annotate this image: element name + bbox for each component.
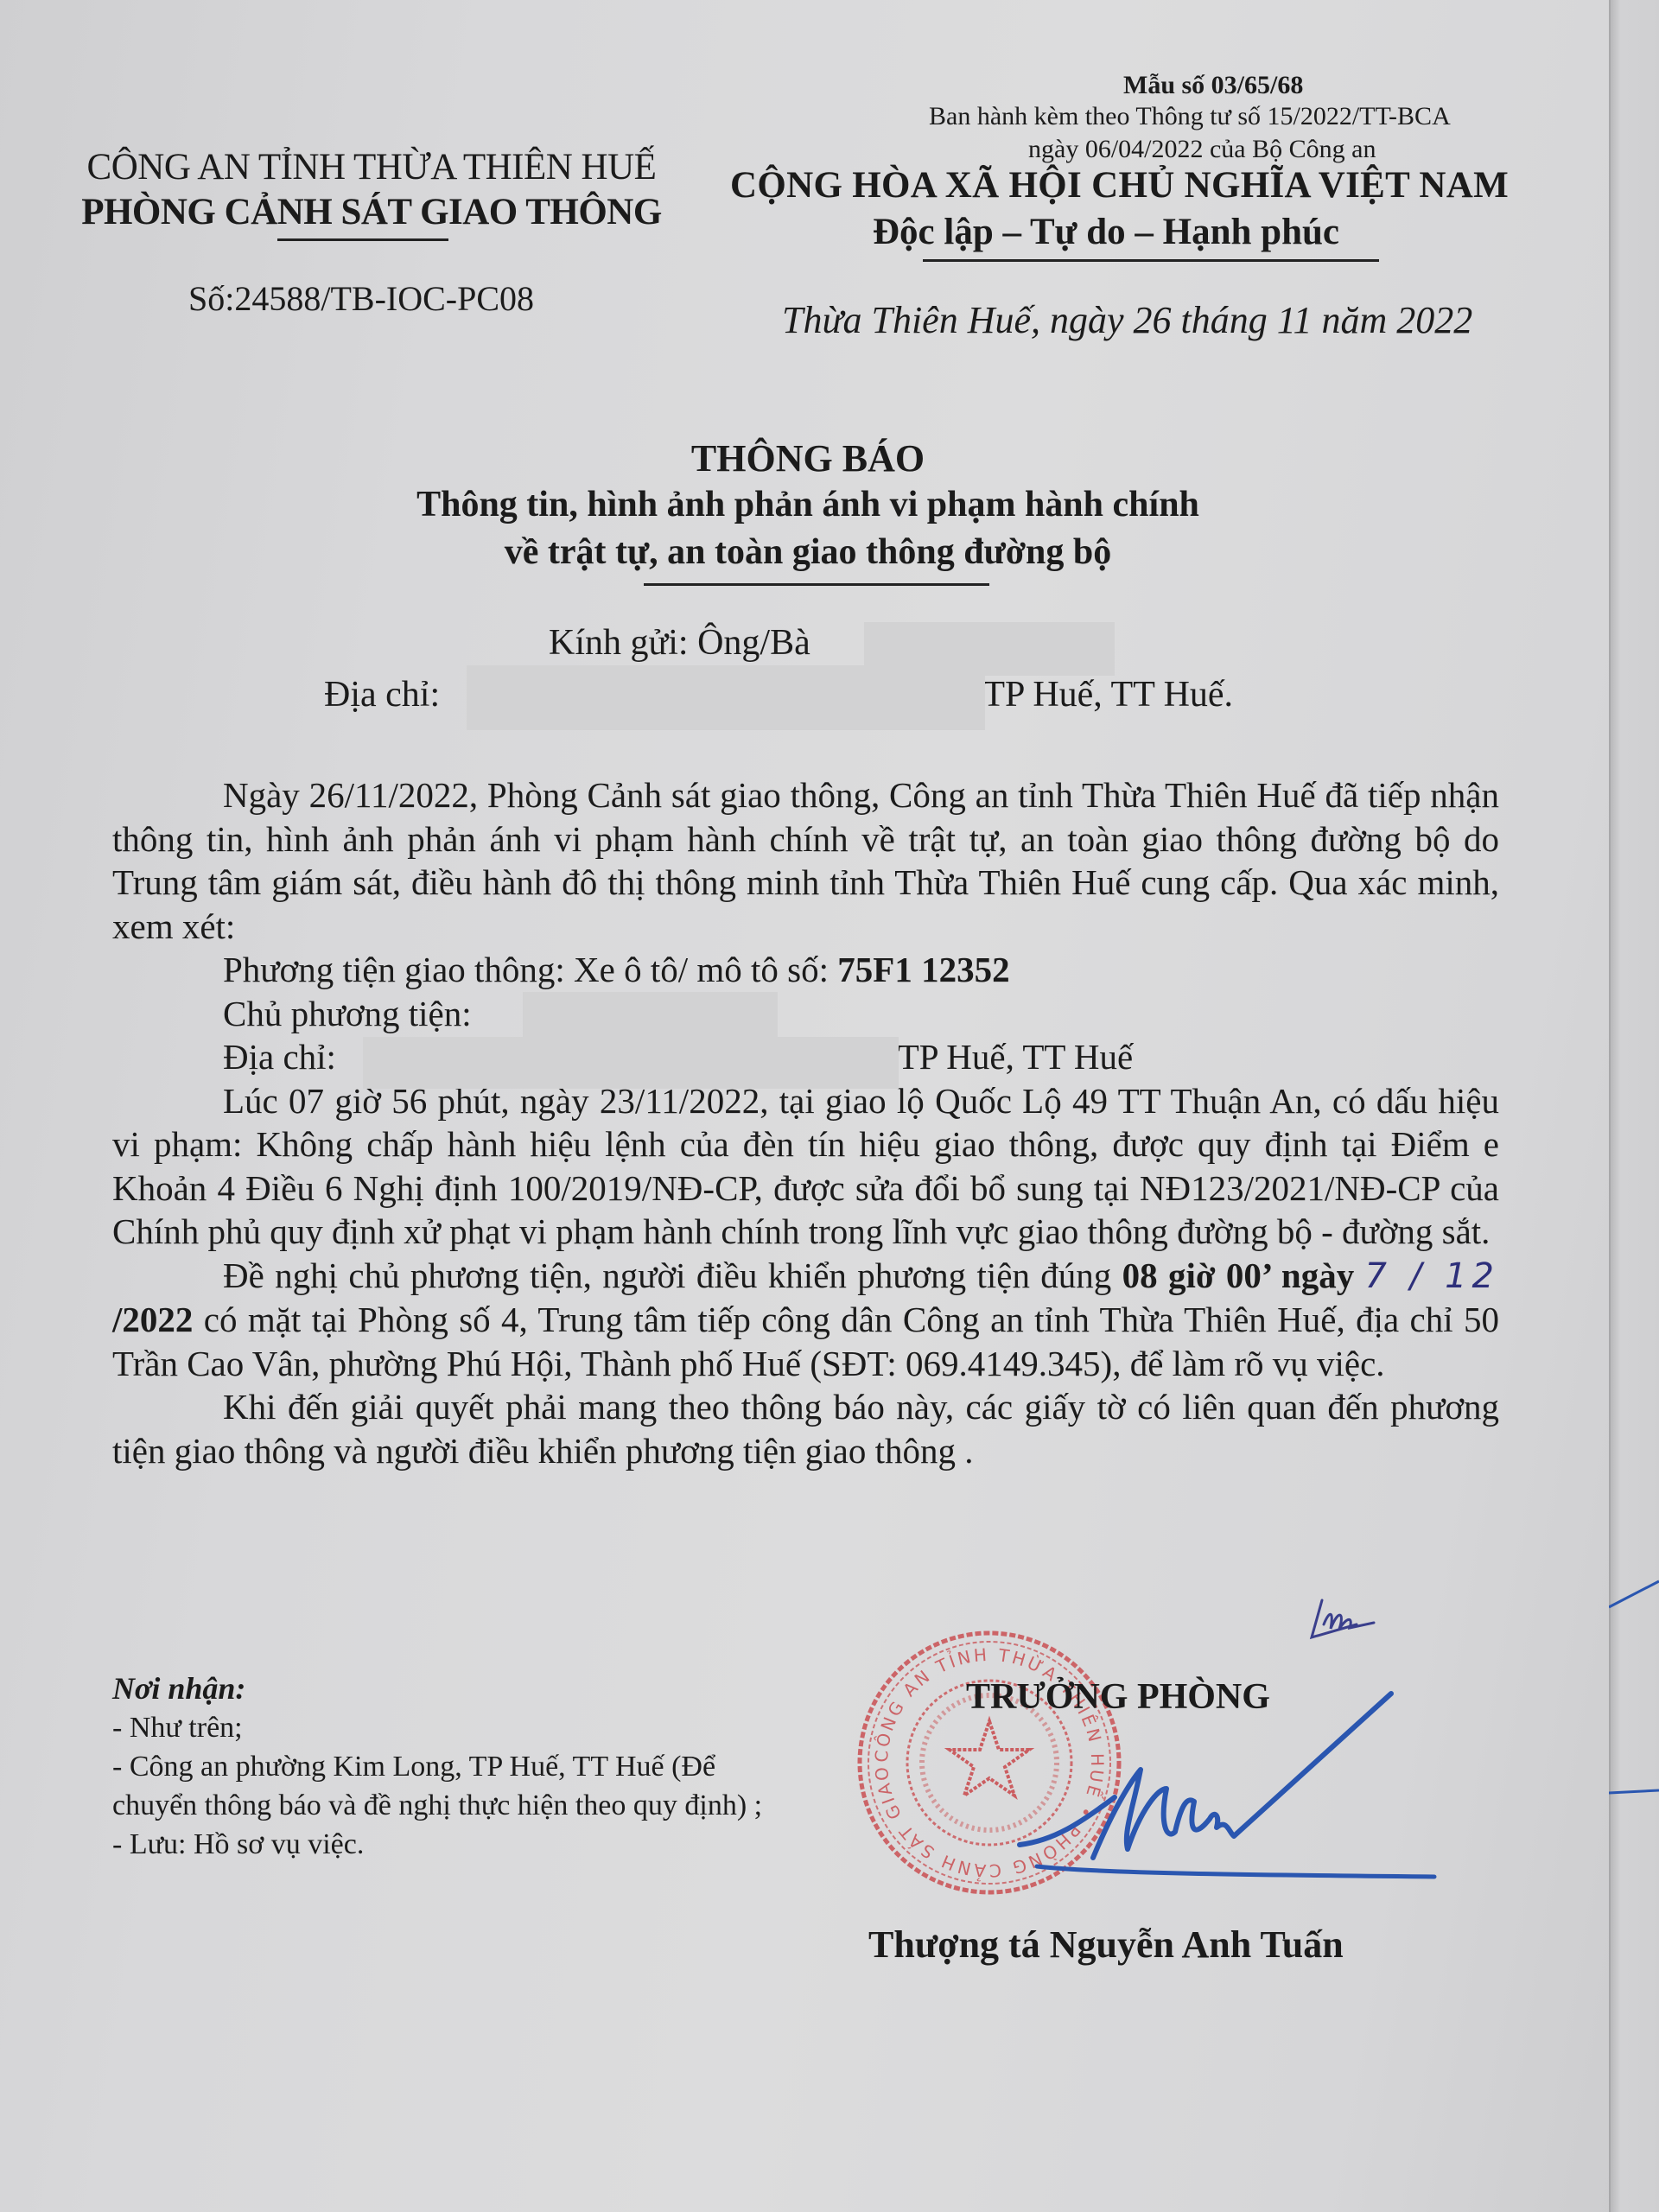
national-title: CỘNG HÒA XÃ HỘI CHỦ NGHĨA VIỆT NAM [730, 164, 1509, 207]
redacted-owner-address [363, 1037, 899, 1089]
owner-label: Chủ phương tiện: [223, 994, 472, 1033]
recipient-item: - Như trên; [112, 1708, 769, 1747]
redacted-owner-name [523, 992, 778, 1042]
request-time: 08 giờ 00’ ngày [1122, 1255, 1365, 1295]
document-title: THÔNG BÁO [0, 436, 1616, 480]
document-subtitle-line-2: về trật tự, an toàn giao thông đường bộ [0, 531, 1616, 573]
place-and-date: Thừa Thiên Huế, ngày 26 tháng 11 năm 202… [782, 298, 1472, 342]
recipients-list: Nơi nhận: - Như trên; - Công an phường K… [112, 1669, 769, 1864]
request-paragraph: Đề nghị chủ phương tiện, người điều khiể… [112, 1254, 1499, 1386]
recipient-address-label: Địa chỉ: [324, 675, 440, 715]
recipient-item: - Lưu: Hồ sơ vụ việc. [112, 1825, 769, 1864]
department-underline [277, 238, 448, 241]
national-motto: Độc lập – Tự do – Hạnh phúc [873, 211, 1339, 253]
recipient-salutation: Kính gửi: Ông/Bà [549, 622, 810, 664]
issued-by-line-2: ngày 06/04/2022 của Bộ Công an [1028, 135, 1376, 164]
handwritten-signature [907, 1659, 1581, 1935]
owner-address-suffix: , TP Huế, TT Huế [880, 1037, 1133, 1077]
department-name: PHÒNG CẢNH SÁT GIAO THÔNG [52, 190, 691, 235]
next-page-edge [1609, 0, 1659, 2212]
form-number: Mẫu số 03/65/68 [1123, 71, 1303, 100]
recipient-address-suffix: , TP Huế, TT Huế. [965, 675, 1233, 715]
recipients-title: Nơi nhận: [112, 1669, 769, 1708]
agency-name: CÔNG AN TỈNH THỪA THIÊN HUẾ [52, 145, 691, 190]
initials-mark [1305, 1590, 1408, 1650]
violation-paragraph: Lúc 07 giờ 56 phút, ngày 23/11/2022, tại… [112, 1079, 1499, 1254]
request-prefix: Đề nghị chủ phương tiện, người điều khiể… [223, 1255, 1122, 1295]
intro-paragraph: Ngày 26/11/2022, Phòng Cảnh sát giao thô… [112, 773, 1499, 948]
issuing-agency-block: CÔNG AN TỈNH THỪA THIÊN HUẾ PHÒNG CẢNH S… [52, 145, 691, 241]
redacted-recipient-address [467, 665, 985, 730]
owner-address-label: Địa chỉ: [223, 1037, 336, 1077]
request-suffix: có mặt tại Phòng số 4, Trung tâm tiếp cô… [112, 1300, 1499, 1383]
vehicle-plate: 75F1 12352 [837, 950, 1009, 989]
motto-underline [923, 259, 1379, 262]
vehicle-label: Phương tiện giao thông: Xe ô tô/ mô tô s… [223, 950, 837, 989]
issued-by-line-1: Ban hành kèm theo Thông tư số 15/2022/TT… [929, 102, 1451, 131]
adjacent-page-ink [1609, 1547, 1659, 1832]
notice-body: Ngày 26/11/2022, Phòng Cảnh sát giao thô… [112, 773, 1499, 1472]
document-number: Số:24588/TB-IOC-PC08 [188, 278, 534, 319]
signatory-name: Thượng tá Nguyễn Anh Tuấn [868, 1923, 1344, 1967]
title-underline [644, 583, 989, 586]
recipient-item: - Công an phường Kim Long, TP Huế, TT Hu… [112, 1747, 769, 1825]
request-year: /2022 [112, 1300, 193, 1339]
closing-paragraph: Khi đến giải quyết phải mang theo thông … [112, 1385, 1499, 1472]
document-subtitle-line-1: Thông tin, hình ảnh phản ánh vi phạm hàn… [0, 484, 1616, 525]
owner-line: Chủ phương tiện: [112, 992, 1499, 1036]
vehicle-line: Phương tiện giao thông: Xe ô tô/ mô tô s… [112, 948, 1499, 992]
handwritten-date: 7 / 12 [1365, 1256, 1499, 1296]
